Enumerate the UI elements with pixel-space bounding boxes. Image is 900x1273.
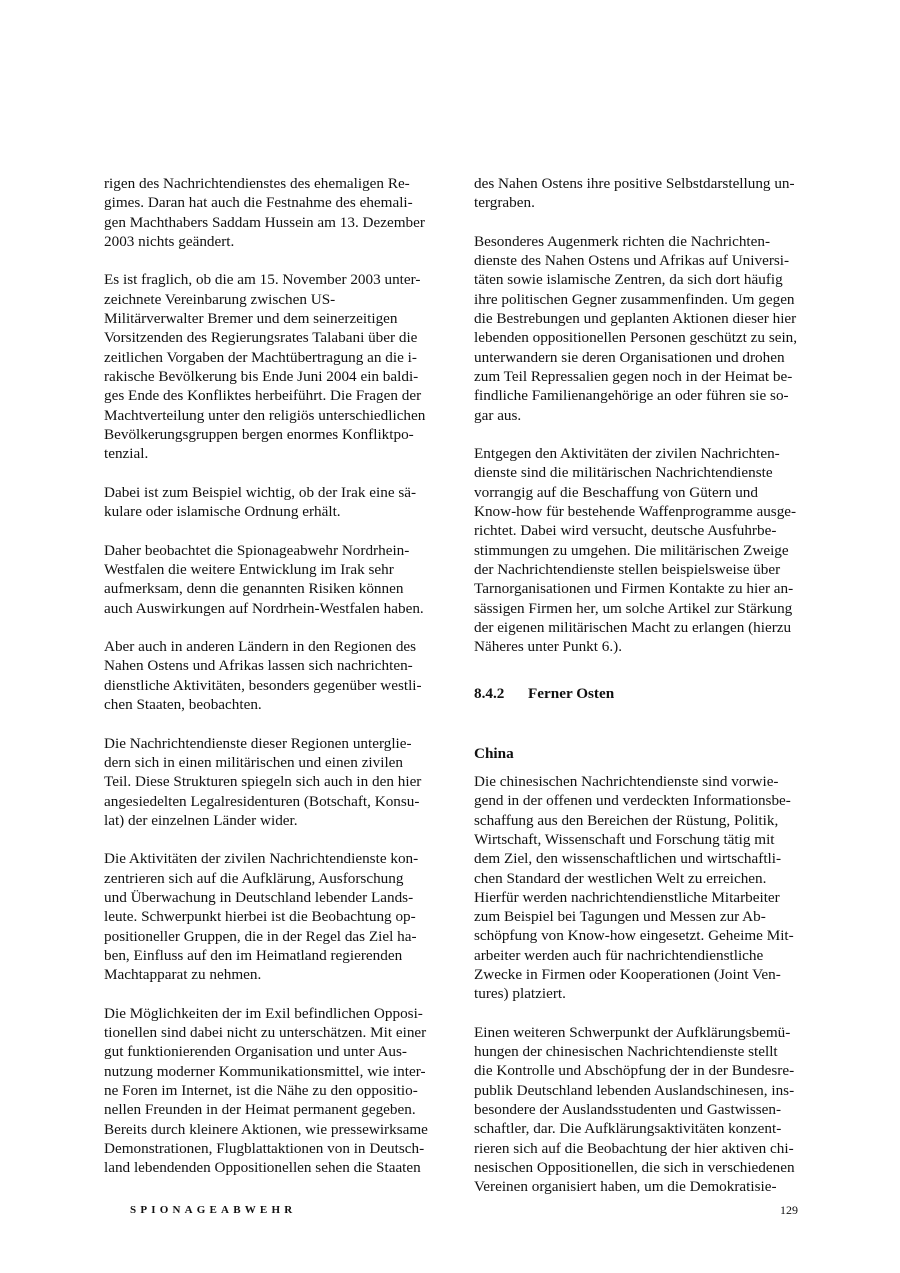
text-line: dienste des Nahen Ostens und Afrikas auf… xyxy=(474,251,804,270)
paragraph: Aber auch in anderen Ländern in den Regi… xyxy=(104,637,434,714)
text-line: nellen Freunden in der Heimat permanent … xyxy=(104,1100,434,1119)
paragraph: Die Möglichkeiten der im Exil befindlich… xyxy=(104,1004,434,1178)
text-line: zeitlichen Vorgaben der Machtübertragung… xyxy=(104,348,434,367)
paragraph: Es ist fraglich, ob die am 15. November … xyxy=(104,270,434,463)
text-line: chen Standard der westlichen Welt zu err… xyxy=(474,869,804,888)
text-line: sässigen Firmen her, um solche Artikel z… xyxy=(474,599,804,618)
text-line: schaffung aus den Bereichen der Rüstung,… xyxy=(474,811,804,830)
paragraph: Die Aktivitäten der zivilen Nachrichtend… xyxy=(104,849,434,984)
text-line: aufmerksam, denn die genannten Risiken k… xyxy=(104,579,434,598)
paragraph: Besonderes Augenmerk richten die Nachric… xyxy=(474,232,804,425)
text-line: auch Auswirkungen auf Nordrhein-Westfale… xyxy=(104,599,434,618)
section-title: Ferner Osten xyxy=(528,685,614,702)
section-heading: 8.4.2Ferner Osten xyxy=(474,684,804,703)
paragraph: Entgegen den Aktivitäten der zivilen Nac… xyxy=(474,444,804,656)
text-line: schöpfung von Know-how eingesetzt. Gehei… xyxy=(474,926,804,945)
text-line: arbeiter werden auch für nachrichtendien… xyxy=(474,946,804,965)
text-line: kulare oder islamische Ordnung erhält. xyxy=(104,502,434,521)
right-column: des Nahen Ostens ihre positive Selbstdar… xyxy=(474,174,804,1216)
paragraph: rigen des Nachrichtendienstes des ehemal… xyxy=(104,174,434,251)
text-line: Dabei ist zum Beispiel wichtig, ob der I… xyxy=(104,483,434,502)
paragraph: Dabei ist zum Beispiel wichtig, ob der I… xyxy=(104,483,434,522)
text-line: Machtapparat zu nehmen. xyxy=(104,965,434,984)
text-line: rigen des Nachrichtendienstes des ehemal… xyxy=(104,174,434,193)
text-line: chen Staaten, beobachten. xyxy=(104,695,434,714)
text-line: die Bestrebungen und geplanten Aktionen … xyxy=(474,309,804,328)
text-line: Know-how für bestehende Waffenprogramme … xyxy=(474,502,804,521)
text-line: gend in der offenen und verdeckten Infor… xyxy=(474,791,804,810)
text-line: Aber auch in anderen Ländern in den Regi… xyxy=(104,637,434,656)
text-line: der Nachrichtendienste stellen beispiels… xyxy=(474,560,804,579)
text-line: besondere der Auslandsstudenten und Gast… xyxy=(474,1100,804,1119)
paragraph: Einen weiteren Schwerpunkt der Aufklärun… xyxy=(474,1023,804,1197)
text-line: tenzial. xyxy=(104,444,434,463)
text-line: Bevölkerungsgruppen bergen enormes Konfl… xyxy=(104,425,434,444)
text-line: Demonstrationen, Flugblattaktionen von i… xyxy=(104,1139,434,1158)
page-number: 129 xyxy=(780,1203,798,1218)
text-line: stimmungen zu umgehen. Die militärischen… xyxy=(474,541,804,560)
text-line: richtet. Dabei wird versucht, deutsche A… xyxy=(474,521,804,540)
text-line: Es ist fraglich, ob die am 15. November … xyxy=(104,270,434,289)
text-line: land lebendenden Oppositionellen sehen d… xyxy=(104,1158,434,1177)
text-line: täten sowie islamische Zentren, da sich … xyxy=(474,270,804,289)
text-line: nesischen Oppositionellen, die sich in v… xyxy=(474,1158,804,1177)
text-line: positioneller Gruppen, die in der Regel … xyxy=(104,927,434,946)
running-footer-title: SPIONAGEABWEHR xyxy=(130,1204,296,1216)
text-line: Bereits durch kleinere Aktionen, wie pre… xyxy=(104,1120,434,1139)
text-line: rieren sich auf die Beobachtung der hier… xyxy=(474,1139,804,1158)
text-line: zum Beispiel bei Tagungen und Messen zur… xyxy=(474,907,804,926)
text-line: Einen weiteren Schwerpunkt der Aufklärun… xyxy=(474,1023,804,1042)
text-line: unterwandern sie deren Organisationen un… xyxy=(474,348,804,367)
text-line: zentrieren sich auf die Aufklärung, Ausf… xyxy=(104,869,434,888)
left-column: rigen des Nachrichtendienstes des ehemal… xyxy=(104,174,434,1197)
text-line: gar aus. xyxy=(474,406,804,425)
text-line: Militärverwalter Bremer und dem seinerze… xyxy=(104,309,434,328)
text-line: angesiedelten Legalresidenturen (Botscha… xyxy=(104,792,434,811)
text-line: vorrangig auf die Beschaffung von Gütern… xyxy=(474,483,804,502)
text-line: schaftler, dar. Die Aufklärungsaktivität… xyxy=(474,1119,804,1138)
text-line: lebenden oppositionellen Personen geschü… xyxy=(474,328,804,347)
text-line: dem Ziel, den wissenschaftlichen und wir… xyxy=(474,849,804,868)
text-line: Hierfür werden nachrichtendienstliche Mi… xyxy=(474,888,804,907)
text-line: Nahen Ostens und Afrikas lassen sich nac… xyxy=(104,656,434,675)
text-line: Näheres unter Punkt 6.). xyxy=(474,637,804,656)
section-number: 8.4.2 xyxy=(474,684,528,703)
text-line: ben, Einfluss auf den im Heimatland regi… xyxy=(104,946,434,965)
text-line: die Kontrolle und Abschöpfung der in der… xyxy=(474,1061,804,1080)
text-line: ihre politischen Gegner zusammenfinden. … xyxy=(474,290,804,309)
text-line: Teil. Diese Strukturen spiegeln sich auc… xyxy=(104,772,434,791)
sub-heading-china: China xyxy=(474,744,804,763)
text-line: Machtverteilung unter den religiös unter… xyxy=(104,406,434,425)
text-line: Besonderes Augenmerk richten die Nachric… xyxy=(474,232,804,251)
text-line: leute. Schwerpunkt hierbei ist die Beoba… xyxy=(104,907,434,926)
text-line: gen Machthabers Saddam Hussein am 13. De… xyxy=(104,213,434,232)
text-line: gimes. Daran hat auch die Festnahme des … xyxy=(104,193,434,212)
text-line: und Überwachung in Deutschland lebender … xyxy=(104,888,434,907)
text-line: tergraben. xyxy=(474,193,804,212)
text-line: Entgegen den Aktivitäten der zivilen Nac… xyxy=(474,444,804,463)
text-line: rakische Bevölkerung bis Ende Juni 2004 … xyxy=(104,367,434,386)
text-line: ne Foren im Internet, ist die Nähe zu de… xyxy=(104,1081,434,1100)
paragraph: Daher beobachtet die Spionageabwehr Nord… xyxy=(104,541,434,618)
text-line: gut funktionierenden Organisation und un… xyxy=(104,1042,434,1061)
right-paragraphs-before: des Nahen Ostens ihre positive Selbstdar… xyxy=(474,174,804,656)
text-line: Westfalen die weitere Entwicklung im Ira… xyxy=(104,560,434,579)
text-line: der eigenen militärischen Macht zu erlan… xyxy=(474,618,804,637)
text-line: des Nahen Ostens ihre positive Selbstdar… xyxy=(474,174,804,193)
text-line: Zwecke in Firmen oder Kooperationen (Joi… xyxy=(474,965,804,984)
text-line: Die Nachrichtendienste dieser Regionen u… xyxy=(104,734,434,753)
text-line: tures) platziert. xyxy=(474,984,804,1003)
text-line: Die Möglichkeiten der im Exil befindlich… xyxy=(104,1004,434,1023)
text-line: dienstliche Aktivitäten, besonders gegen… xyxy=(104,676,434,695)
text-line: zeichnete Vereinbarung zwischen US- xyxy=(104,290,434,309)
text-line: Die Aktivitäten der zivilen Nachrichtend… xyxy=(104,849,434,868)
text-line: 2003 nichts geändert. xyxy=(104,232,434,251)
text-line: Daher beobachtet die Spionageabwehr Nord… xyxy=(104,541,434,560)
text-line: publik Deutschland lebenden Auslandschin… xyxy=(474,1081,804,1100)
text-line: dern sich in einen militärischen und ein… xyxy=(104,753,434,772)
text-line: Tarnorganisationen und Firmen Kontakte z… xyxy=(474,579,804,598)
text-line: ges Ende des Konfliktes herbeiführt. Die… xyxy=(104,386,434,405)
text-line: nutzung moderner Kommunikationsmittel, w… xyxy=(104,1062,434,1081)
text-line: Vereinen organisiert haben, um die Demok… xyxy=(474,1177,804,1196)
text-line: lat) der einzelnen Länder wider. xyxy=(104,811,434,830)
text-line: hungen der chinesischen Nachrichtendiens… xyxy=(474,1042,804,1061)
paragraph: Die chinesischen Nachrichtendienste sind… xyxy=(474,772,804,1004)
text-line: zum Teil Repressalien gegen noch in der … xyxy=(474,367,804,386)
text-line: Wirtschaft, Wissenschaft und Forschung t… xyxy=(474,830,804,849)
paragraph: des Nahen Ostens ihre positive Selbstdar… xyxy=(474,174,804,213)
right-paragraphs-after: Die chinesischen Nachrichtendienste sind… xyxy=(474,772,804,1197)
text-line: dienste sind die militärischen Nachricht… xyxy=(474,463,804,482)
text-line: tionellen sind dabei nicht zu unterschät… xyxy=(104,1023,434,1042)
paragraph: Die Nachrichtendienste dieser Regionen u… xyxy=(104,734,434,830)
text-line: Vorsitzenden des Regierungsrates Talaban… xyxy=(104,328,434,347)
text-line: findliche Familienangehörige an oder füh… xyxy=(474,386,804,405)
text-line: Die chinesischen Nachrichtendienste sind… xyxy=(474,772,804,791)
